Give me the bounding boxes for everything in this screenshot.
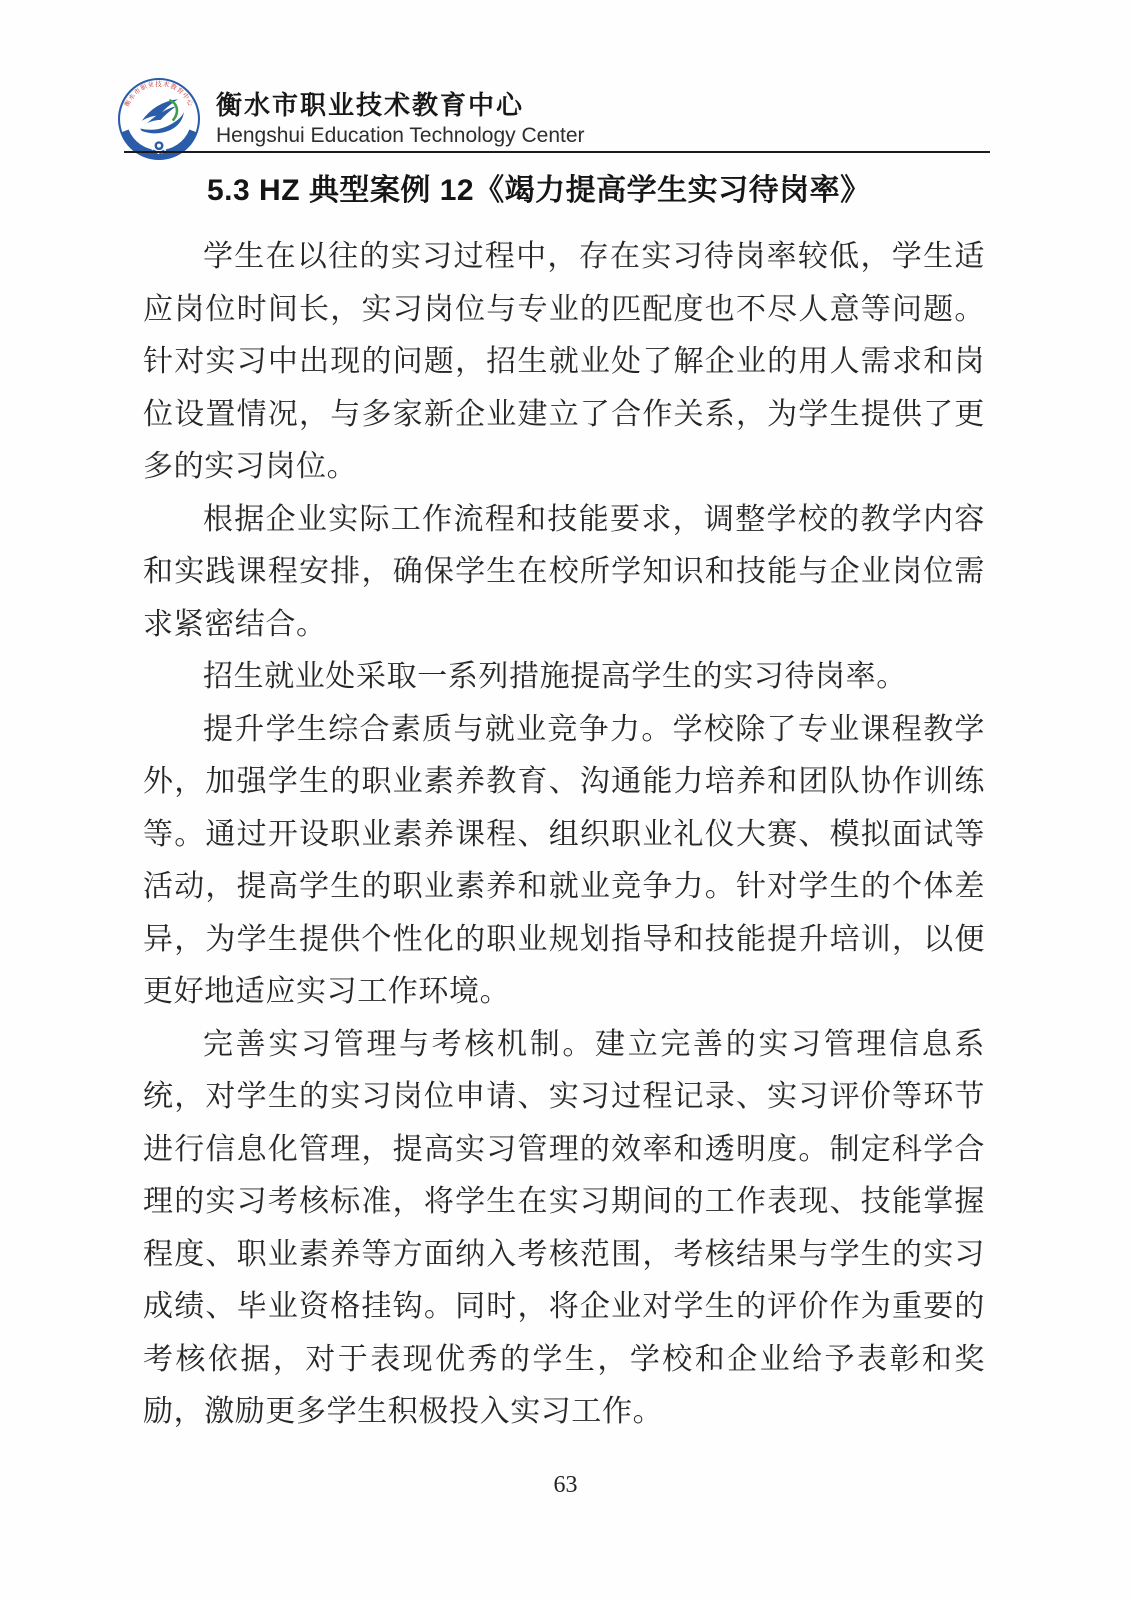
section-title: 5.3 HZ 典型案例 12《竭力提高学生实习待岗率》 <box>207 170 985 212</box>
org-name-zh: 衡水市职业技术教育中心 <box>216 90 585 120</box>
org-name-en: Hengshui Education Technology Center <box>216 123 585 149</box>
page-body: 5.3 HZ 典型案例 12《竭力提高学生实习待岗率》 学生在以往的实习过程中，… <box>143 170 985 1439</box>
paragraph: 根据企业实际工作流程和技能要求，调整学校的教学内容和实践课程安排，确保学生在校所… <box>143 494 985 652</box>
document-page: 衡水市职业技术教育中心 衡水市职业技术教育中心 Hengshui Educati… <box>0 0 1131 1600</box>
header-divider <box>124 151 990 153</box>
org-name-block: 衡水市职业技术教育中心 Hengshui Education Technolog… <box>216 90 585 149</box>
paragraph: 学生在以往的实习过程中，存在实习待岗率较低，学生适应岗位时间长，实习岗位与专业的… <box>143 231 985 494</box>
page-number: 63 <box>0 1472 1131 1499</box>
paragraph: 招生就业处采取一系列措施提高学生的实习待岗率。 <box>143 651 985 704</box>
logo-gear-hub <box>157 144 161 148</box>
paragraph: 完善实习管理与考核机制。建立完善的实习管理信息系统，对学生的实习岗位申请、实习过… <box>143 1019 985 1439</box>
paragraph: 提升学生综合素质与就业竞争力。学校除了专业课程教学外，加强学生的职业素养教育、沟… <box>143 704 985 1019</box>
school-logo-icon: 衡水市职业技术教育中心 <box>116 76 202 162</box>
letterhead: 衡水市职业技术教育中心 衡水市职业技术教育中心 Hengshui Educati… <box>116 76 585 162</box>
